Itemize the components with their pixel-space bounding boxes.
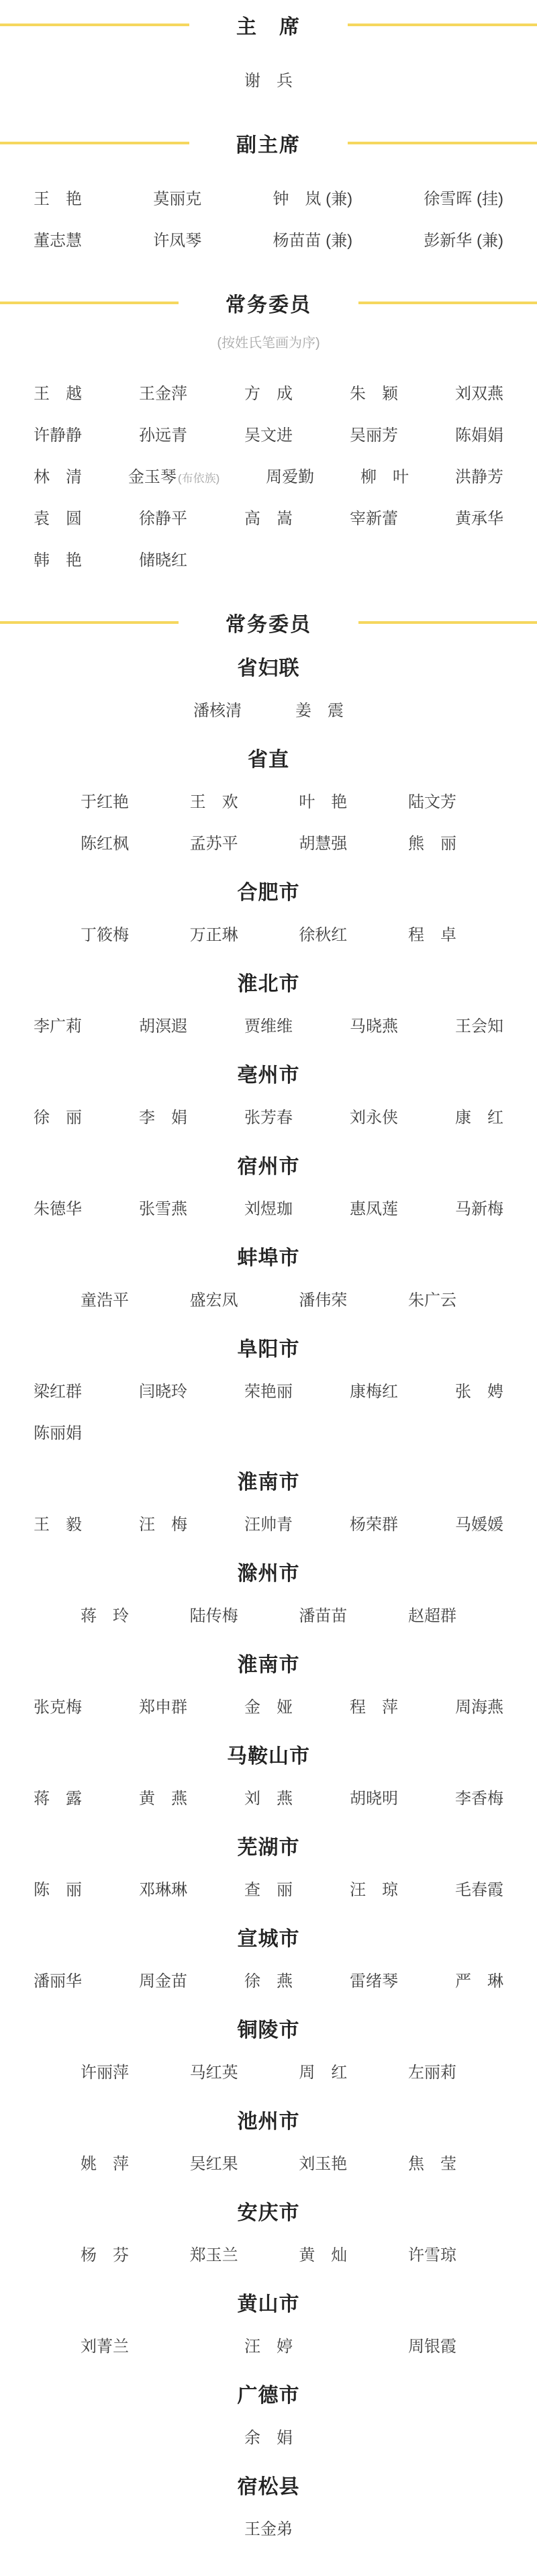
member-name: 李香梅 [455,1785,503,1808]
member-name: 徐 丽 [34,1104,82,1128]
member-name: 孟苏平 [190,830,238,854]
name-row: 刘菁兰汪 婷周银霞 [81,2324,456,2365]
member-name: 储晓红 [139,547,187,570]
member-name: 谢 兵 [244,67,293,91]
subsection-title: 黄山市 [0,2291,537,2318]
subsection-title: 省妇联 [0,655,537,682]
member-name: 金玉琴(布依族) [128,463,219,487]
member-name: 查 丽 [244,1876,293,1900]
member-name: 陈红枫 [81,830,129,854]
member-name: 焦 莹 [408,2150,456,2174]
section-banner: 常务委员 [0,607,537,638]
member-name: 刘煜珈 [244,1195,293,1219]
member-name: 潘苗苗 [299,1602,347,1626]
member-name: 吴红果 [190,2150,238,2174]
name-row: 袁 圆徐静平高 嵩宰新蕾黄承华 [0,496,537,537]
member-name: 蒋 玲 [81,1602,129,1626]
member-name: 陈娟娟 [455,422,503,445]
section-banner: 副主席 [0,128,537,158]
member-name: 周金苗 [139,1968,187,1991]
section-title: 主 席 [236,10,301,40]
member-name: 张芳春 [244,1104,293,1128]
member-name: 王 毅 [34,1511,82,1534]
member-name: 金 娅 [244,1694,293,1717]
subsection-title: 广德市 [0,2383,537,2409]
member-name: 刘永侠 [350,1104,398,1128]
member-name: 袁 圆 [34,505,82,528]
banner-rule-left [0,621,179,624]
banner-rule-left [0,142,189,144]
member-name: 毛春霞 [455,1876,503,1900]
member-name: 宰新蕾 [350,505,398,528]
member-name: 朱广云 [408,1287,456,1310]
section-banner: 常务委员 [0,287,537,318]
member-name: 汪帅青 [244,1511,293,1534]
member-name: 马红英 [190,2059,238,2082]
member-name: 钟 岚 (兼) [273,185,352,209]
name-row: 余 娟 [0,2415,537,2456]
name-row: 陈丽娟 [0,1410,537,1452]
name-row: 王金弟 [0,2506,537,2548]
member-list-page: 主 席谢 兵副主席王 艳莫丽克钟 岚 (兼)徐雪晖 (挂)董志慧许凤琴杨苗苗 (… [0,0,537,2576]
member-name: 黄 灿 [299,2242,347,2265]
member-name: 林 清 [34,463,82,487]
subsection-title: 淮南市 [0,1652,537,1679]
member-name: 柳 叶 [360,463,409,487]
member-name: 汪 婷 [244,2333,293,2356]
member-name: 马晓燕 [350,1013,398,1036]
member-name: 周海燕 [455,1694,503,1717]
name-row: 谢 兵 [0,58,537,99]
section-title: 常务委员 [226,608,311,637]
member-name: 叶 艳 [299,788,347,812]
member-name: 杨苗苗 (兼) [273,227,352,250]
member-name: 赵超群 [408,1602,456,1626]
member-name: 陈 丽 [34,1876,82,1900]
banner-rule-right [358,621,537,624]
member-name: 张雪燕 [139,1195,187,1219]
member-name: 刘菁兰 [81,2333,129,2356]
member-name: 陈丽娟 [34,1420,82,1443]
subsection-title: 滁州市 [0,1561,537,1588]
member-name: 朱德华 [34,1195,82,1219]
name-row: 陈 丽邓琳琳查 丽汪 琼毛春霞 [0,1867,537,1908]
subsection-title: 淮北市 [0,971,537,998]
subsection-title: 芜湖市 [0,1835,537,1861]
name-row: 张克梅郑申群金 娅程 萍周海燕 [0,1684,537,1726]
member-name: 余 娟 [244,2424,293,2448]
section-rows: 王 艳莫丽克钟 岚 (兼)徐雪晖 (挂)董志慧许凤琴杨苗苗 (兼)彭新华 (兼) [0,176,537,259]
member-name: 潘伟荣 [299,1287,347,1310]
subsection-title: 阜阳市 [0,1336,537,1363]
member-name: 程 萍 [350,1694,398,1717]
name-row: 朱德华张雪燕刘煜珈惠凤莲马新梅 [0,1186,537,1228]
member-name: 周爱勤 [266,463,314,487]
subsection-title: 宿松县 [0,2474,537,2501]
name-row: 姚 萍吴红果刘玉艳焦 莹 [81,2141,456,2182]
subsection-title: 宣城市 [0,1926,537,1953]
member-name: 胡晓明 [350,1785,398,1808]
section-banner: 主 席 [0,9,537,40]
subsection-title: 亳州市 [0,1062,537,1089]
member-name: 汪 梅 [139,1511,187,1534]
member-name: 潘丽华 [34,1968,82,1991]
member-name: 徐秋红 [299,921,347,945]
member-name: 杨荣群 [350,1511,398,1534]
name-row: 董志慧许凤琴杨苗苗 (兼)彭新华 (兼) [0,218,537,259]
name-row: 徐 丽李 娟张芳春刘永侠康 红 [0,1095,537,1136]
member-name: 胡溟遐 [139,1013,187,1036]
member-name: 李广莉 [34,1013,82,1036]
member-name: 程 卓 [408,921,456,945]
member-name: 徐雪晖 (挂) [424,185,503,209]
name-row: 王 越王金萍方 成朱 颖刘双燕 [0,371,537,412]
section-rows: 谢 兵 [0,58,537,99]
member-name: 朱 颖 [350,380,398,404]
name-row: 王 毅汪 梅汪帅青杨荣群马媛媛 [0,1502,537,1543]
name-row: 杨 芬郑玉兰黄 灿许雪琼 [81,2232,456,2274]
member-name: 童浩平 [81,1287,129,1310]
section-title: 常务委员 [226,288,311,318]
member-name: 黄 燕 [139,1785,187,1808]
banner-rule-right [348,142,537,144]
name-row: 林 清金玉琴(布依族)周爱勤柳 叶洪静芳 [0,454,537,496]
member-name: 高 嵩 [244,505,293,528]
name-row: 潘核清姜 震 [0,688,537,729]
member-name: 徐静平 [139,505,187,528]
member-name: 孙远青 [139,422,187,445]
subsection-title: 马鞍山市 [0,1743,537,1770]
subsection-title: 安庆市 [0,2200,537,2227]
name-row: 许丽萍马红英周 红左丽莉 [81,2050,456,2091]
member-name: 王金弟 [244,2516,293,2539]
subsection-title: 省直 [0,747,537,774]
member-name: 闫晓玲 [139,1378,187,1401]
member-name: 盛宏凤 [190,1287,238,1310]
member-name: 汪 琼 [350,1876,398,1900]
name-row: 潘丽华周金苗徐 燕雷绪琴严 琳 [0,1958,537,2000]
member-name: 姚 萍 [81,2150,129,2174]
name-row: 陈红枫孟苏平胡慧强熊 丽 [81,821,456,862]
member-name: 吴丽芳 [350,422,398,445]
member-name: 许丽萍 [81,2059,129,2082]
subsection-title: 池州市 [0,2109,537,2135]
member-name: 彭新华 (兼) [424,227,503,250]
member-name: 洪静芳 [455,463,503,487]
member-name: 雷绪琴 [350,1968,398,1991]
member-name: 马媛媛 [455,1511,503,1534]
member-name: 马新梅 [455,1195,503,1219]
member-name: 刘 燕 [244,1785,293,1808]
name-row: 蒋 玲陆传梅潘苗苗赵超群 [81,1593,456,1635]
member-name: 胡慧强 [299,830,347,854]
banner-rule-left [0,24,189,26]
member-name: 郑玉兰 [190,2242,238,2265]
member-name: 刘玉艳 [299,2150,347,2174]
member-name: 熊 丽 [408,830,456,854]
member-name: 陆传梅 [190,1602,238,1626]
subsection-title: 铜陵市 [0,2017,537,2044]
member-name: 丁筱梅 [81,921,129,945]
member-name: 许凤琴 [153,227,201,250]
banner-rule-left [0,302,179,304]
name-row: 蒋 露黄 燕刘 燕胡晓明李香梅 [0,1776,537,1817]
name-row: 韩 艳储晓红 [0,537,537,579]
section-title: 副主席 [236,128,301,158]
name-row: 许静静孙远青吴文进吴丽芳陈娟娟 [0,412,537,454]
member-name: 郑申群 [139,1694,187,1717]
member-name: 莫丽克 [153,185,201,209]
member-name: 董志慧 [34,227,82,250]
banner-rule-right [348,24,537,26]
name-row: 于红艳王 欢叶 艳陆文芳 [81,779,456,821]
member-name: 左丽莉 [408,2059,456,2082]
sort-order-note: (按姓氏笔画为序) [0,333,537,353]
member-name: 陆文芳 [408,788,456,812]
name-row: 李广莉胡溟遐贾维维马晓燕王会知 [0,1003,537,1045]
subsection-title: 宿州市 [0,1154,537,1181]
member-name: 梁红群 [34,1378,82,1401]
name-row: 童浩平盛宏凤潘伟荣朱广云 [81,1277,456,1319]
member-name: 贾维维 [244,1013,293,1036]
member-name: 于红艳 [81,788,129,812]
member-name: 潘核清 [193,697,242,721]
name-row: 丁筱梅万正琳徐秋红程 卓 [81,912,456,954]
member-name: 荣艳丽 [244,1378,293,1401]
member-name: 万正琳 [190,921,238,945]
subsection-title: 蚌埠市 [0,1245,537,1272]
member-name: 张 娉 [455,1378,503,1401]
member-name: 方 成 [244,380,293,404]
subsection-title: 淮南市 [0,1469,537,1496]
member-name: 康 红 [455,1104,503,1128]
member-name: 王 欢 [190,788,238,812]
banner-rule-right [358,302,537,304]
member-name: 姜 震 [295,697,344,721]
member-name: 徐 燕 [244,1968,293,1991]
member-name: 韩 艳 [34,547,82,570]
member-name: 张克梅 [34,1694,82,1717]
member-name: 王 越 [34,380,82,404]
member-name: 吴文进 [244,422,293,445]
member-name: 严 琳 [455,1968,503,1991]
member-name: 周银霞 [408,2333,456,2356]
member-name: 王 艳 [34,185,82,209]
member-name: 惠凤莲 [350,1195,398,1219]
member-name: 杨 芬 [81,2242,129,2265]
member-name: 周 红 [299,2059,347,2082]
ethnicity-tag: (布依族) [178,472,219,485]
member-name: 蒋 露 [34,1785,82,1808]
member-name: 黄承华 [455,505,503,528]
member-name: 邓琳琳 [139,1876,187,1900]
member-name: 刘双燕 [455,380,503,404]
member-name: 王会知 [455,1013,503,1036]
name-row: 梁红群闫晓玲荣艳丽康梅红张 娉 [0,1369,537,1410]
member-name: 李 娟 [139,1104,187,1128]
name-row: 王 艳莫丽克钟 岚 (兼)徐雪晖 (挂) [0,176,537,218]
member-name: 许静静 [34,422,82,445]
member-name: 王金萍 [139,380,187,404]
member-name: 康梅红 [350,1378,398,1401]
section-rows: 王 越王金萍方 成朱 颖刘双燕许静静孙远青吴文进吴丽芳陈娟娟林 清金玉琴(布依族… [0,371,537,579]
subsection-title: 合肥市 [0,880,537,907]
member-name: 许雪琼 [408,2242,456,2265]
